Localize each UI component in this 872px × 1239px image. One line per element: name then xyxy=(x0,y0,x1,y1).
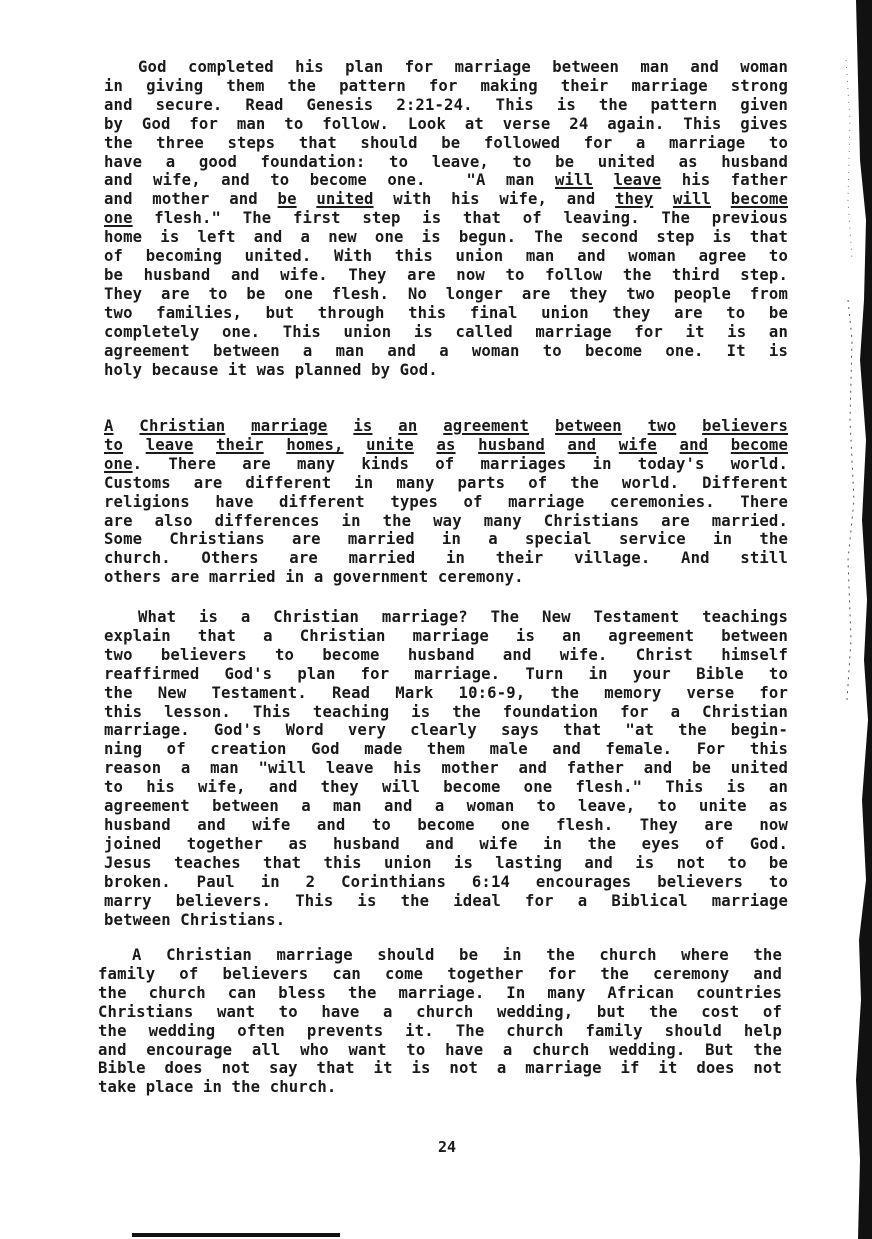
underlined-word: wife xyxy=(619,436,657,454)
text-segment xyxy=(653,190,673,208)
text-segment: two families, but through this final uni… xyxy=(104,304,788,322)
text-segment: reason a man "will leave his mother and … xyxy=(104,759,788,777)
underlined-word: marriage xyxy=(251,417,327,435)
text-segment: have a good foundation: to leave, to be … xyxy=(104,153,788,171)
text-segment: explain that a Christian marriage is an … xyxy=(104,627,788,645)
text-segment: religions have different types of marria… xyxy=(104,493,788,511)
text-segment: . There are many kinds of marriages in t… xyxy=(133,455,788,473)
text-line: one flesh." The first step is that of le… xyxy=(104,209,788,228)
text-line: this lesson. This teaching is the founda… xyxy=(104,703,788,722)
underlined-word: leave xyxy=(146,436,194,454)
text-segment: Christians want to have a church wedding… xyxy=(98,1003,782,1021)
text-segment: God completed his plan for marriage betw… xyxy=(138,58,788,76)
page-number: 24 xyxy=(438,1138,456,1156)
underlined-word: an xyxy=(398,417,417,435)
text-segment: and encourage all who want to have a chu… xyxy=(98,1041,782,1059)
text-segment: marry believers. This is the ideal for a… xyxy=(104,892,788,910)
text-line: Bible does not say that it is not a marr… xyxy=(98,1059,782,1078)
text-segment: Bible does not say that it is not a marr… xyxy=(98,1059,782,1077)
text-segment: and wife, and to become one. "A man xyxy=(104,171,555,189)
text-line: are also differences in the way many Chr… xyxy=(104,512,788,531)
text-segment: holy because it was planned by God. xyxy=(104,361,438,379)
text-segment xyxy=(657,436,680,454)
text-line: have a good foundation: to leave, to be … xyxy=(104,153,788,172)
text-segment: between Christians. xyxy=(104,911,285,929)
text-line: They are to be one flesh. No longer are … xyxy=(104,285,788,304)
text-line: to leave their homes, unite as husband a… xyxy=(104,436,788,455)
text-segment: be husband and wife. They are now to fol… xyxy=(104,266,788,284)
text-segment xyxy=(327,417,353,435)
text-line: by God for man to follow. Look at verse … xyxy=(104,115,788,134)
text-segment: to his wife, and they will become one fl… xyxy=(104,778,788,796)
underlined-word: is xyxy=(353,417,372,435)
text-segment: the church can bless the marriage. In ma… xyxy=(98,984,782,1002)
text-segment xyxy=(711,190,731,208)
underlined-word: as xyxy=(436,436,455,454)
text-segment: agreement between a man and a woman to b… xyxy=(104,342,788,360)
underlined-word: will xyxy=(555,171,593,189)
underlined-word: agreement xyxy=(443,417,529,435)
text-segment: ning of creation God made them male and … xyxy=(104,740,788,758)
text-line: in giving them the pattern for making th… xyxy=(104,77,788,96)
text-line: reason a man "will leave his mother and … xyxy=(104,759,788,778)
text-line: broken. Paul in 2 Corinthians 6:14 encou… xyxy=(104,873,788,892)
text-segment xyxy=(225,417,251,435)
text-line: marry believers. This is the ideal for a… xyxy=(104,892,788,911)
underlined-word: Christian xyxy=(139,417,225,435)
underlined-word: A xyxy=(104,417,114,435)
text-line: joined together as husband and wife in t… xyxy=(104,835,788,854)
text-line: completely one. This union is called mar… xyxy=(104,323,788,342)
underlined-word: be xyxy=(278,190,297,208)
text-line: A Christian marriage should be in the ch… xyxy=(98,946,782,965)
text-segment: Jesus teaches that this union is lasting… xyxy=(104,854,788,872)
text-segment xyxy=(456,436,479,454)
text-line: Some Christians are married in a special… xyxy=(104,530,788,549)
text-segment xyxy=(596,436,619,454)
text-line: husband and wife and to become one flesh… xyxy=(104,816,788,835)
text-line: Christians want to have a church wedding… xyxy=(98,1003,782,1022)
text-line: God completed his plan for marriage betw… xyxy=(104,58,788,77)
text-line: two believers to become husband and wife… xyxy=(104,646,788,665)
underlined-word: unite xyxy=(366,436,414,454)
text-line: be husband and wife. They are now to fol… xyxy=(104,266,788,285)
text-line: marriage. God's Word very clearly says t… xyxy=(104,721,788,740)
underlined-word: united xyxy=(316,190,373,208)
text-segment: with his wife, and xyxy=(374,190,616,208)
text-segment: Customs are different in many parts of t… xyxy=(104,474,788,492)
text-line: the wedding often prevents it. The churc… xyxy=(98,1022,782,1041)
text-line: and wife, and to become one. "A man will… xyxy=(104,171,788,190)
text-segment: church. Others are married in their vill… xyxy=(104,549,788,567)
text-line: home is left and a new one is begun. The… xyxy=(104,228,788,247)
text-line: and secure. Read Genesis 2:21-24. This i… xyxy=(104,96,788,115)
text-line: ning of creation God made them male and … xyxy=(104,740,788,759)
text-segment xyxy=(414,436,437,454)
underlined-word: homes, xyxy=(286,436,343,454)
text-segment xyxy=(264,436,287,454)
underlined-word: will xyxy=(673,190,711,208)
underlined-word: their xyxy=(216,436,264,454)
underlined-word: become xyxy=(731,436,788,454)
text-segment xyxy=(417,417,443,435)
text-segment: marriage. God's Word very clearly says t… xyxy=(104,721,788,739)
text-segment: and mother and xyxy=(104,190,278,208)
text-line: the church can bless the marriage. In ma… xyxy=(98,984,782,1003)
text-segment: the three steps that should be followed … xyxy=(104,134,788,152)
underlined-word: two xyxy=(648,417,677,435)
text-segment: others are married in a government cerem… xyxy=(104,568,524,586)
text-segment xyxy=(676,417,702,435)
text-line: reaffirmed God's plan for marriage. Turn… xyxy=(104,665,788,684)
text-segment xyxy=(114,417,140,435)
paragraph-what-is-christian-marriage: What is a Christian marriage? The New Te… xyxy=(104,608,788,929)
paragraph-christian-marriage-definition: A Christian marriage is an agreement bet… xyxy=(104,417,788,587)
paragraph-marriage-plan: God completed his plan for marriage betw… xyxy=(104,58,788,379)
text-segment: agreement between a man and a woman to l… xyxy=(104,797,788,815)
text-segment: his father xyxy=(661,171,788,189)
text-line: What is a Christian marriage? The New Te… xyxy=(104,608,788,627)
text-segment xyxy=(593,171,613,189)
underlined-word: and xyxy=(568,436,597,454)
underlined-word: between xyxy=(555,417,622,435)
text-line: religions have different types of marria… xyxy=(104,493,788,512)
text-segment: take place in the church. xyxy=(98,1078,336,1096)
text-segment: in giving them the pattern for making th… xyxy=(104,77,788,95)
text-segment: A Christian marriage should be in the ch… xyxy=(132,946,782,964)
text-segment xyxy=(297,190,317,208)
scan-edge-shadow xyxy=(842,0,872,1239)
text-line: agreement between a man and a woman to l… xyxy=(104,797,788,816)
text-segment: broken. Paul in 2 Corinthians 6:14 encou… xyxy=(104,873,788,891)
text-segment: husband and wife and to become one flesh… xyxy=(104,816,788,834)
text-line: explain that a Christian marriage is an … xyxy=(104,627,788,646)
text-segment xyxy=(344,436,367,454)
text-line: church. Others are married in their vill… xyxy=(104,549,788,568)
text-line: agreement between a man and a woman to b… xyxy=(104,342,788,361)
text-segment: family of believers can come together fo… xyxy=(98,965,782,983)
text-segment: joined together as husband and wife in t… xyxy=(104,835,788,853)
text-line: to his wife, and they will become one fl… xyxy=(104,778,788,797)
text-segment: They are to be one flesh. No longer are … xyxy=(104,285,788,303)
underlined-word: one xyxy=(104,455,133,473)
underlined-word: believers xyxy=(702,417,788,435)
underlined-word: husband xyxy=(478,436,545,454)
text-segment: this lesson. This teaching is the founda… xyxy=(104,703,788,721)
text-segment: completely one. This union is called mar… xyxy=(104,323,788,341)
text-segment: home is left and a new one is begun. The… xyxy=(104,228,788,246)
text-line: holy because it was planned by God. xyxy=(104,361,788,380)
underlined-word: leave xyxy=(614,171,662,189)
text-line: the New Testament. Read Mark 10:6-9, the… xyxy=(104,684,788,703)
text-segment xyxy=(123,436,146,454)
text-segment: reaffirmed God's plan for marriage. Turn… xyxy=(104,665,788,683)
paragraph-church-wedding: A Christian marriage should be in the ch… xyxy=(98,946,782,1097)
text-line: of becoming united. With this union man … xyxy=(104,247,788,266)
text-segment: Some Christians are married in a special… xyxy=(104,530,788,548)
text-line: Customs are different in many parts of t… xyxy=(104,474,788,493)
text-segment xyxy=(193,436,216,454)
underlined-word: become xyxy=(731,190,788,208)
text-segment: the wedding often prevents it. The churc… xyxy=(98,1022,782,1040)
text-line: one. There are many kinds of marriages i… xyxy=(104,455,788,474)
text-segment xyxy=(622,417,648,435)
text-segment xyxy=(708,436,731,454)
text-line: the three steps that should be followed … xyxy=(104,134,788,153)
underlined-word: and xyxy=(680,436,709,454)
scanned-page: God completed his plan for marriage betw… xyxy=(0,0,872,1239)
text-line: and encourage all who want to have a chu… xyxy=(98,1041,782,1060)
text-line: and mother and be united with his wife, … xyxy=(104,190,788,209)
text-segment: the New Testament. Read Mark 10:6-9, the… xyxy=(104,684,788,702)
underlined-word: they xyxy=(615,190,653,208)
text-line: take place in the church. xyxy=(98,1078,782,1097)
text-segment xyxy=(545,436,568,454)
underlined-word: one xyxy=(104,209,133,227)
text-segment: by God for man to follow. Look at verse … xyxy=(104,115,788,133)
text-segment: and secure. Read Genesis 2:21-24. This i… xyxy=(104,96,788,114)
text-segment xyxy=(372,417,398,435)
text-segment: are also differences in the way many Chr… xyxy=(104,512,788,530)
text-line: family of believers can come together fo… xyxy=(98,965,782,984)
underlined-word: to xyxy=(104,436,123,454)
text-line: between Christians. xyxy=(104,911,788,930)
text-segment: flesh." The first step is that of leavin… xyxy=(133,209,788,227)
text-segment: What is a Christian marriage? The New Te… xyxy=(138,608,788,626)
footer-rule xyxy=(132,1233,340,1237)
text-segment: of becoming united. With this union man … xyxy=(104,247,788,265)
text-segment xyxy=(529,417,555,435)
text-line: others are married in a government cerem… xyxy=(104,568,788,587)
text-segment: two believers to become husband and wife… xyxy=(104,646,788,664)
text-line: Jesus teaches that this union is lasting… xyxy=(104,854,788,873)
text-line: A Christian marriage is an agreement bet… xyxy=(104,417,788,436)
text-line: two families, but through this final uni… xyxy=(104,304,788,323)
